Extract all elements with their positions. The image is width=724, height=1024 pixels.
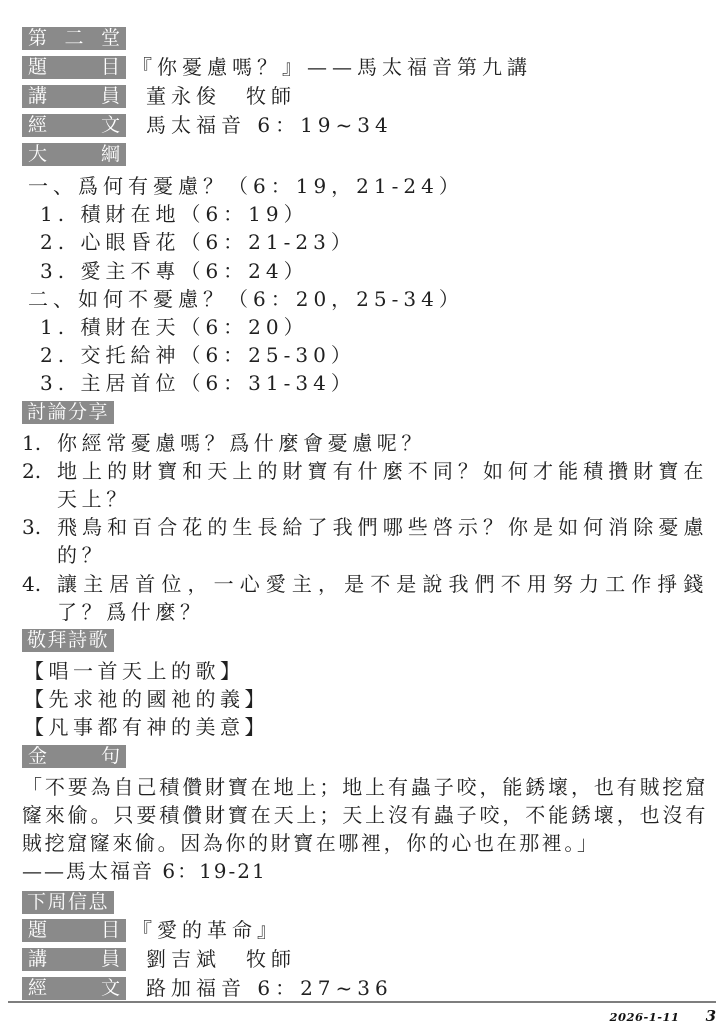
question-number: 2.: [22, 457, 57, 513]
golden-verse-header-label: 金句: [22, 745, 126, 768]
outline-item: 1. 積財在地（6：19）: [22, 200, 708, 228]
title-value: 『你憂慮嗎？』——馬太福音第九講: [132, 56, 532, 79]
outline-item: 2. 心眼昏花（6：21-23）: [22, 228, 708, 256]
session-speaker-row: 講員 董永俊 牧師: [22, 85, 708, 108]
scripture-value: 馬太福音 6：19~34: [146, 114, 393, 137]
question-row: 2. 地上的財寶和天上的財寶有什麼不同？如何才能積攢財寶在天上？: [22, 457, 708, 513]
scripture-label: 經文: [22, 114, 126, 137]
golden-verse-text: 「不要為自己積儹財寶在地上；地上有蟲子咬，能銹壞，也有賊挖窟窿來偷。只要積儹財寶…: [22, 773, 708, 858]
session-header-row: 第二堂: [22, 27, 708, 50]
worship-song-list: 【唱一首天上的歌】 【先求祂的國祂的義】 【凡事都有神的美意】: [22, 657, 708, 742]
worship-header-row: 敬拜詩歌: [22, 629, 708, 652]
song-title: 【凡事都有神的美意】: [22, 713, 708, 741]
question-row: 1. 你經常憂慮嗎？爲什麼會憂慮呢？: [22, 429, 708, 457]
footer-date: 2026-1-11: [610, 1010, 680, 1024]
title-label: 題目: [22, 919, 126, 942]
outline-item: 1. 積財在天（6：20）: [22, 313, 708, 341]
document-page: 第二堂 題目 『你憂慮嗎？』——馬太福音第九講 講員 董永俊 牧師 經文 馬太福…: [0, 0, 724, 1024]
golden-verse-reference: ——馬太福音 6：19-21: [22, 857, 708, 885]
worship-header-label: 敬拜詩歌: [22, 629, 114, 652]
question-row: 3. 飛鳥和百合花的生長給了我們哪些啓示？你是如何消除憂慮的？: [22, 513, 708, 569]
title-label: 題目: [22, 56, 126, 79]
outline-header-label: 大綱: [22, 143, 126, 166]
page-footer: 2026-1-113: [8, 1001, 716, 1024]
scripture-label: 經文: [22, 977, 126, 1000]
next-week-scripture-row: 經文 路加福音 6：27~36: [22, 977, 708, 1000]
golden-verse-header-row: 金句: [22, 745, 708, 768]
outline-item: 3. 主居首位（6：31-34）: [22, 369, 708, 397]
session-scripture-row: 經文 馬太福音 6：19~34: [22, 114, 708, 137]
outline-item: 一、爲何有憂慮？（6：19，21-24）: [22, 172, 708, 200]
next-week-title-row: 題目 『愛的革命』: [22, 919, 708, 942]
question-text: 地上的財寶和天上的財寶有什麼不同？如何才能積攢財寶在天上？: [57, 457, 708, 513]
speaker-label: 講員: [22, 85, 126, 108]
outline-item: 二、如何不憂慮？（6：20，25-34）: [22, 285, 708, 313]
question-text: 你經常憂慮嗎？爲什麼會憂慮呢？: [57, 429, 426, 457]
outline-item: 3. 愛主不專（6：24）: [22, 257, 708, 285]
next-week-title-value: 『愛的革命』: [132, 919, 282, 942]
song-title: 【先求祂的國祂的義】: [22, 685, 708, 713]
next-week-speaker-value: 劉吉斌 牧師: [146, 948, 296, 971]
outline-header-row: 大綱: [22, 143, 708, 166]
question-number: 1.: [22, 429, 57, 457]
question-text: 讓主居首位，一心愛主，是不是說我們不用努力工作掙錢了？爲什麼？: [57, 570, 708, 626]
next-week-speaker-row: 講員 劉吉斌 牧師: [22, 948, 708, 971]
session-title-row: 題目 『你憂慮嗎？』——馬太福音第九講: [22, 56, 708, 79]
discussion-header-label: 討論分享: [22, 401, 114, 424]
discussion-questions: 1. 你經常憂慮嗎？爲什麼會憂慮呢？ 2. 地上的財寶和天上的財寶有什麼不同？如…: [22, 429, 708, 626]
outline-item: 2. 交托給神（6：25-30）: [22, 341, 708, 369]
speaker-value: 董永俊 牧師: [146, 85, 296, 108]
question-row: 4. 讓主居首位，一心愛主，是不是說我們不用努力工作掙錢了？爲什麼？: [22, 570, 708, 626]
next-week-header-label: 下周信息: [22, 891, 114, 914]
speaker-label: 講員: [22, 948, 126, 971]
page-number: 3: [706, 1007, 716, 1024]
question-number: 4.: [22, 570, 57, 626]
next-week-scripture-value: 路加福音 6：27~36: [146, 977, 393, 1000]
session-header-label: 第二堂: [22, 27, 126, 50]
question-number: 3.: [22, 513, 57, 569]
question-text: 飛鳥和百合花的生長給了我們哪些啓示？你是如何消除憂慮的？: [57, 513, 708, 569]
discussion-header-row: 討論分享: [22, 401, 708, 424]
next-week-header-row: 下周信息: [22, 891, 708, 914]
song-title: 【唱一首天上的歌】: [22, 657, 708, 685]
sermon-outline: 一、爲何有憂慮？（6：19，21-24） 1. 積財在地（6：19） 2. 心眼…: [22, 172, 708, 398]
